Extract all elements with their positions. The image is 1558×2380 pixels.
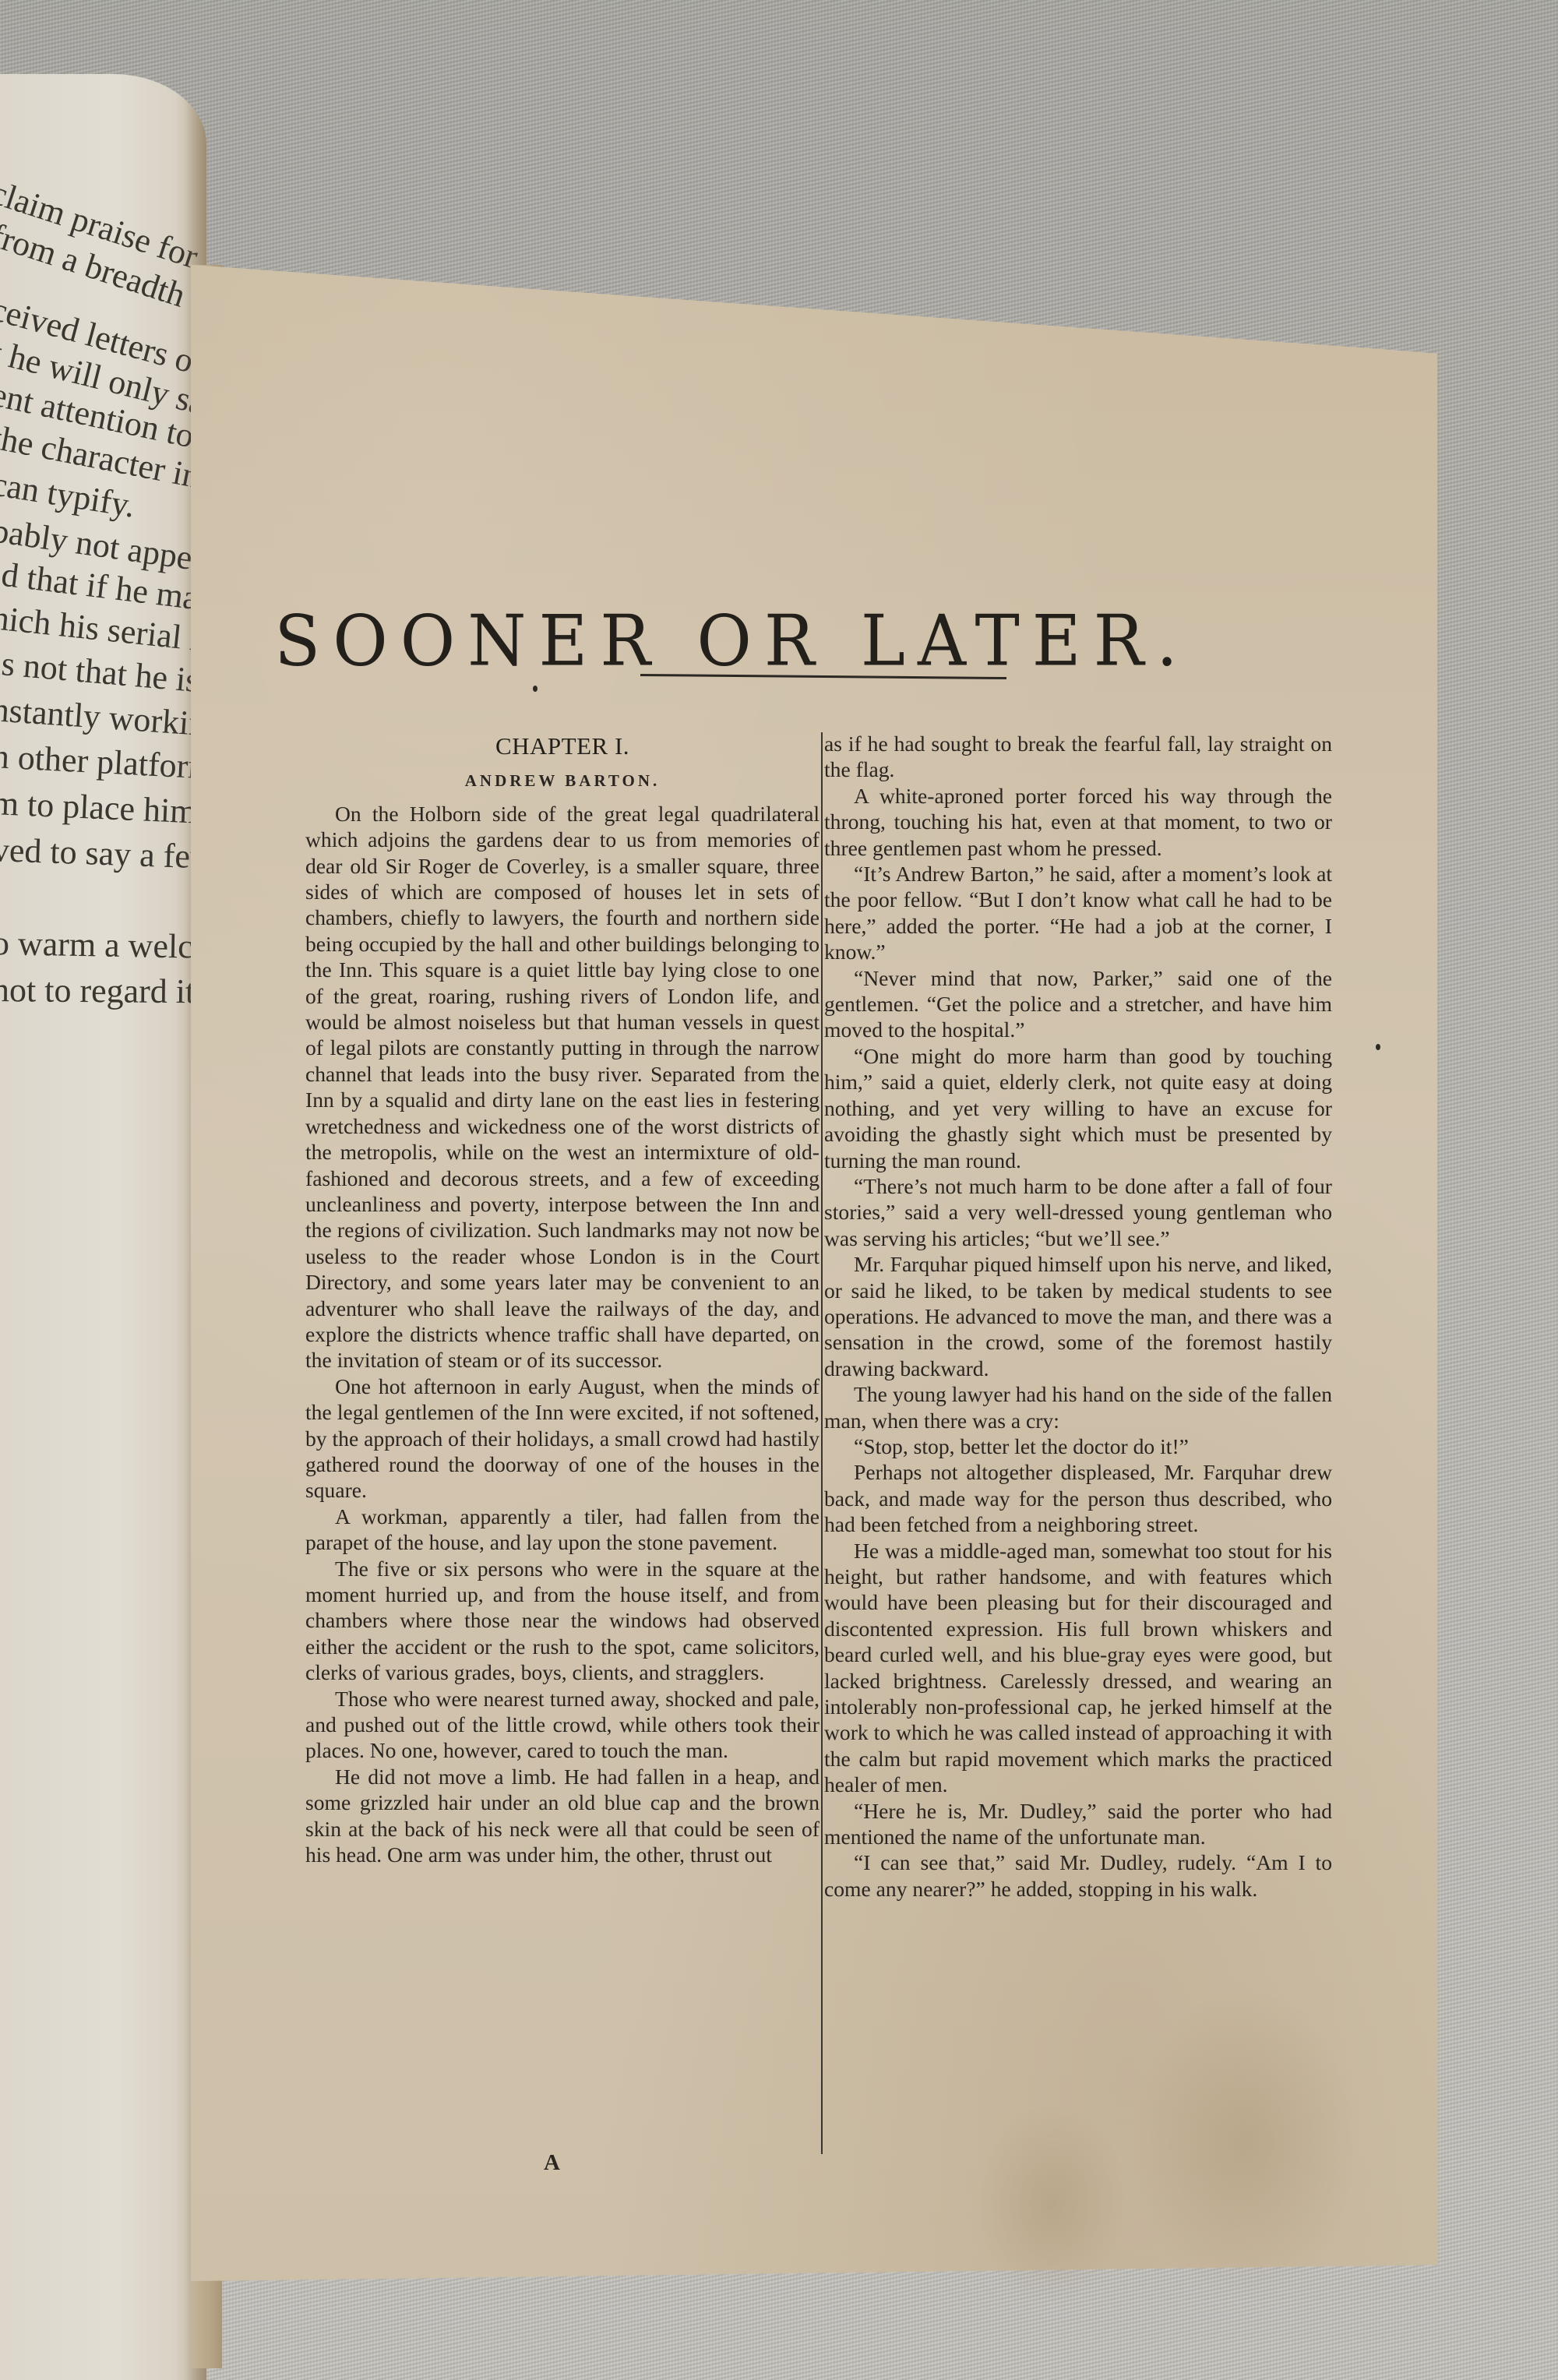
paragraph: “I can see that,” said Mr. Dudley, rudel… bbox=[824, 1849, 1332, 1902]
paragraph: Perhaps not altogether displeased, Mr. F… bbox=[824, 1459, 1332, 1537]
paragraph: “Never mind that now, Parker,” said one … bbox=[824, 965, 1332, 1043]
paragraph: “It’s Andrew Barton,” he said, after a m… bbox=[824, 861, 1332, 965]
paragraph: as if he had sought to break the fearful… bbox=[824, 731, 1332, 783]
chapter-subtitle: ANDREW BARTON. bbox=[305, 768, 820, 794]
paragraph: Mr. Farquhar piqued himself upon his ner… bbox=[824, 1251, 1332, 1381]
paragraph: He did not move a limb. He had fallen in… bbox=[305, 1764, 820, 1868]
paragraph: On the Holborn side of the great legal q… bbox=[305, 801, 820, 1373]
paragraph: One hot afternoon in early August, when … bbox=[305, 1373, 820, 1504]
chapter-heading: CHAPTER I. bbox=[305, 733, 820, 759]
column-divider bbox=[821, 732, 823, 2154]
printer-signature-mark: A bbox=[544, 2150, 560, 2176]
paper-stain bbox=[974, 2103, 1130, 2306]
ink-speck bbox=[533, 686, 538, 692]
page-title: SOONER OR LATER. bbox=[226, 600, 1239, 682]
ink-speck bbox=[1376, 1044, 1380, 1050]
left-page-line: m to place him among bbox=[0, 783, 206, 836]
paragraph: A workman, apparently a tiler, had falle… bbox=[305, 1504, 820, 1556]
paragraph: “There’s not much harm to be done after … bbox=[824, 1173, 1332, 1251]
left-page-line: n other platforms, for bbox=[0, 736, 206, 792]
paragraph: A white-aproned porter forced his way th… bbox=[824, 783, 1332, 861]
left-page-line: not to regard it as an bbox=[0, 970, 206, 1012]
left-page: claim praise for having from a breadth o… bbox=[0, 74, 206, 2380]
paragraph: Those who were nearest turned away, shoc… bbox=[305, 1686, 820, 1764]
paragraph: The young lawyer had his hand on the sid… bbox=[824, 1381, 1332, 1433]
paragraph: “Stop, stop, better let the doctor do it… bbox=[824, 1433, 1332, 1459]
paragraph: “One might do more harm than good by tou… bbox=[824, 1043, 1332, 1173]
text-column-left: CHAPTER I. ANDREW BARTON. On the Holborn… bbox=[305, 728, 820, 1867]
left-page-line: o warm a welcome, that bbox=[0, 923, 206, 968]
paragraph: The five or six persons who were in the … bbox=[305, 1556, 820, 1686]
paragraph: “Here he is, Mr. Dudley,” said the porte… bbox=[824, 1798, 1332, 1850]
text-column-right: as if he had sought to break the fearful… bbox=[824, 731, 1332, 1902]
paragraph: He was a middle-aged man, somewhat too s… bbox=[824, 1538, 1332, 1798]
paper-stain bbox=[1130, 1987, 1363, 2298]
left-page-line: ved to say a few words bbox=[0, 830, 206, 880]
